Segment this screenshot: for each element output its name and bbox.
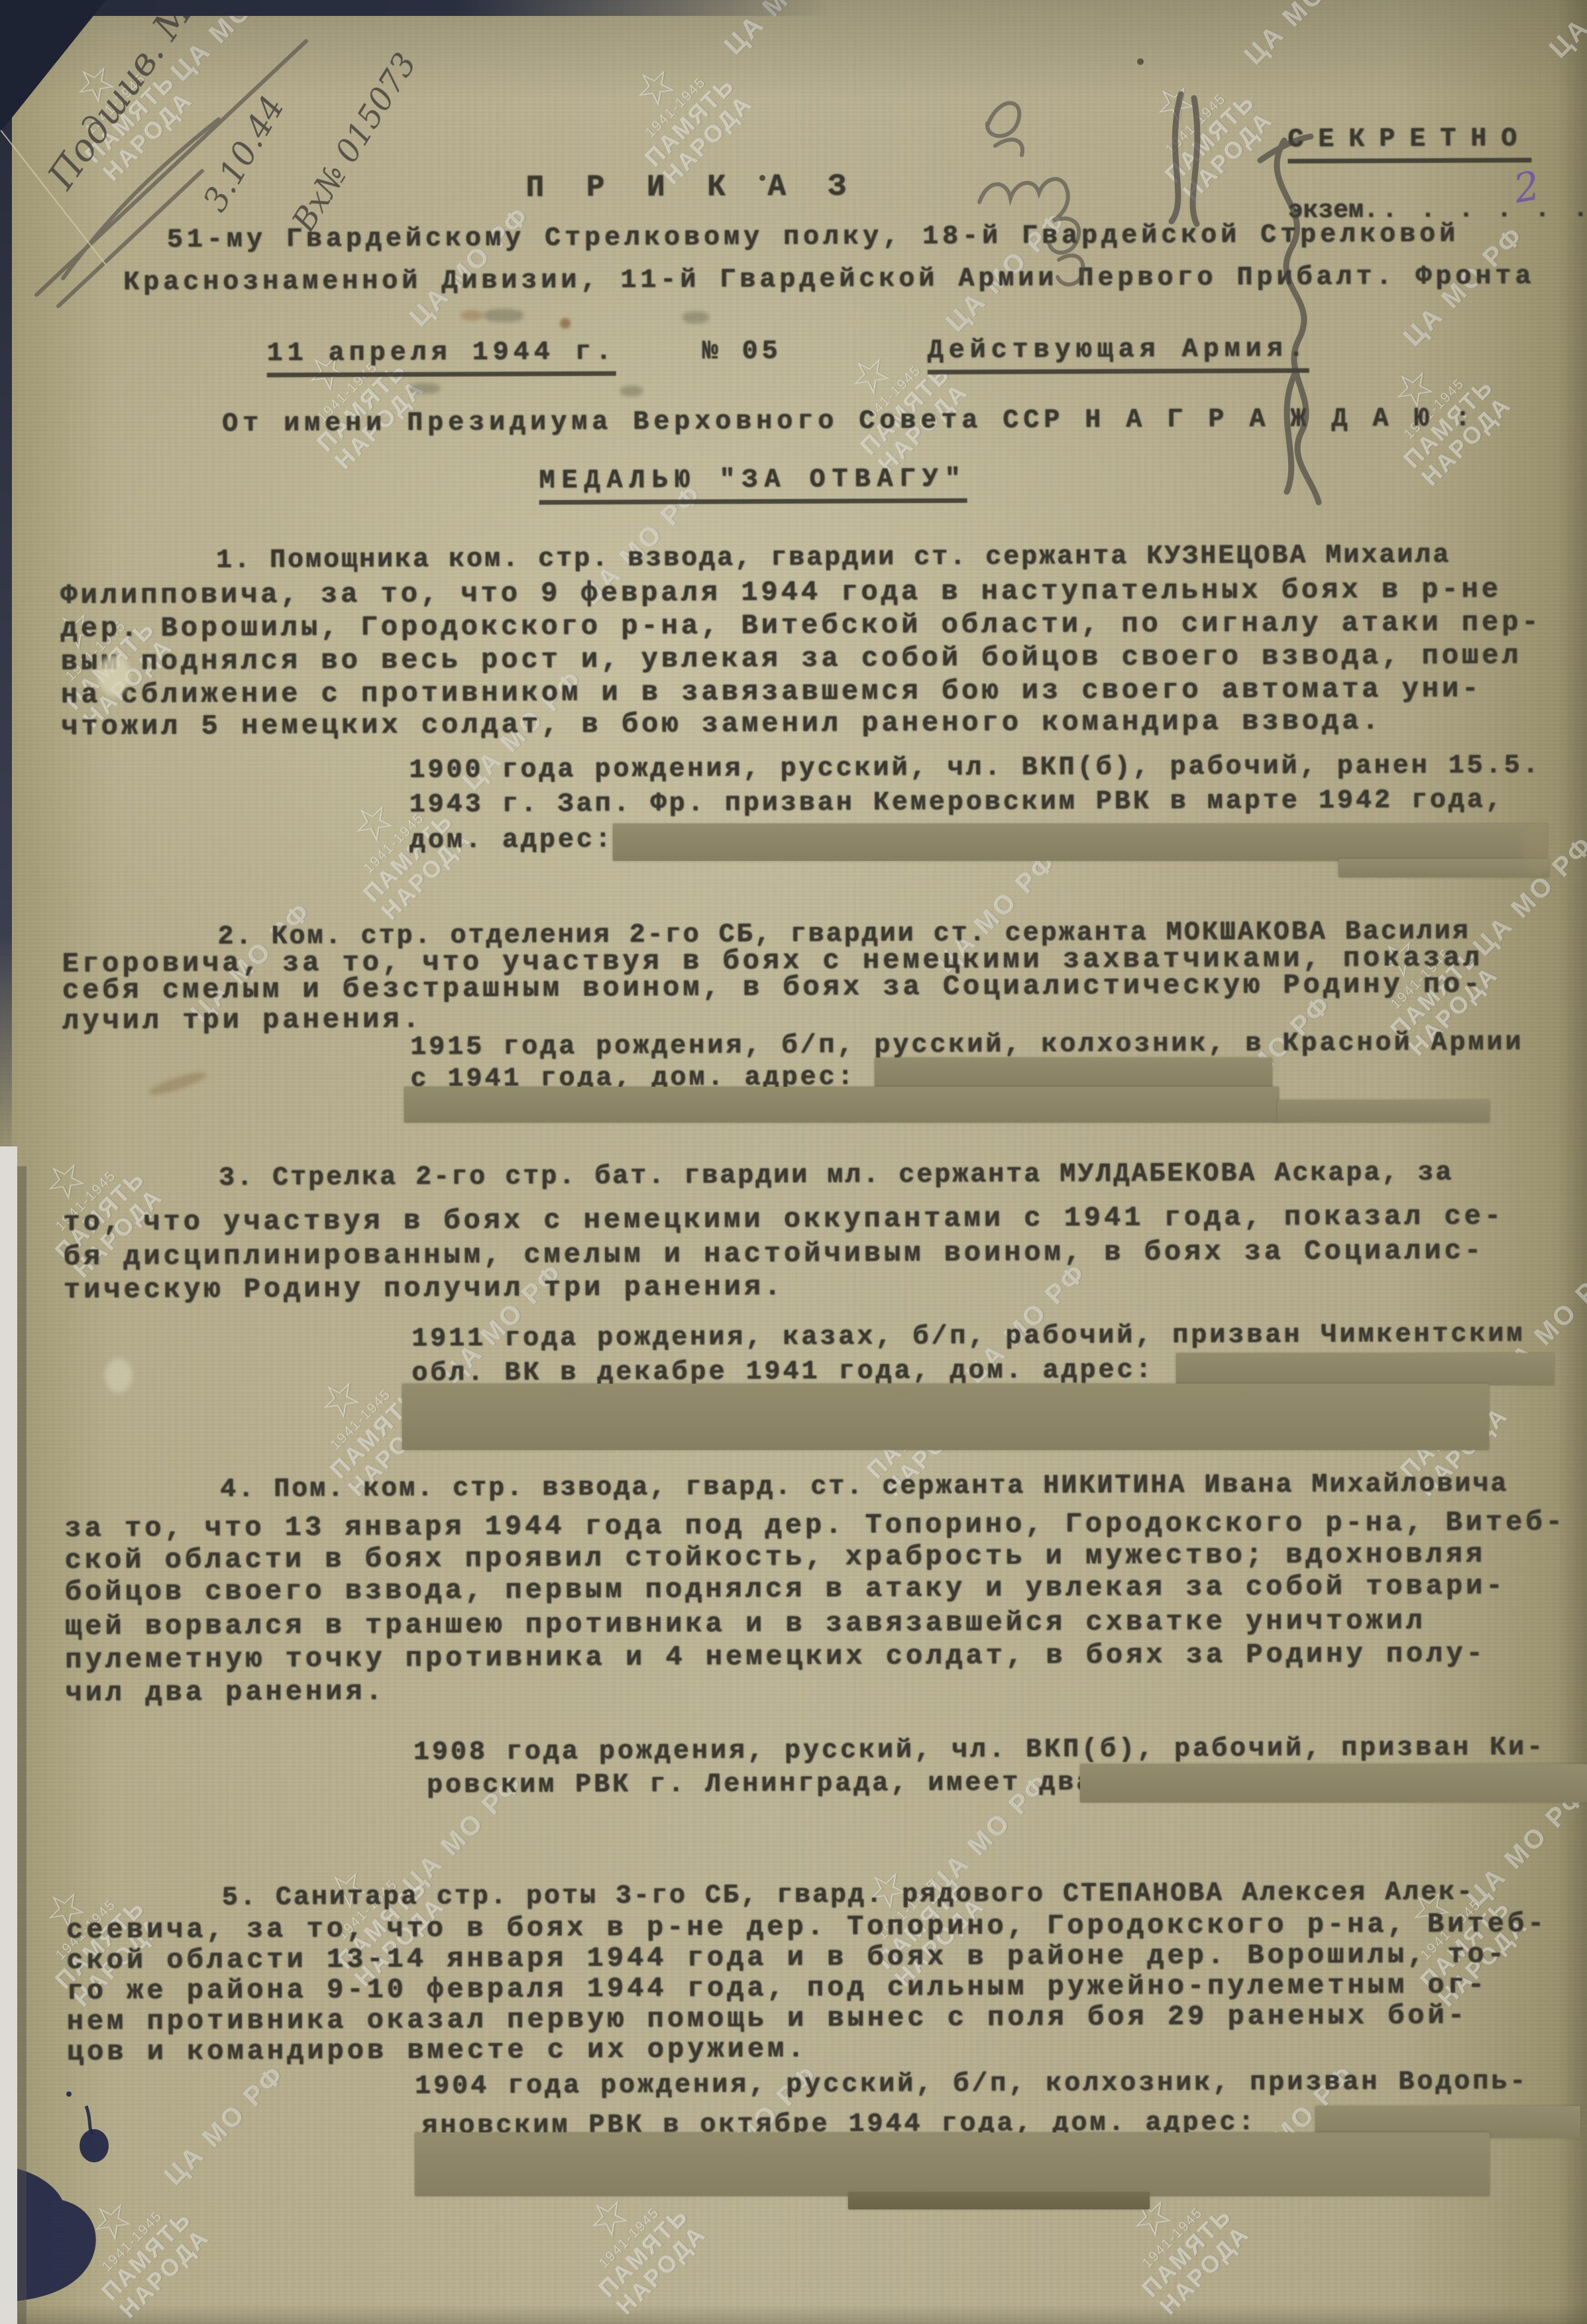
redaction-block-entry2-address [404,1087,1279,1123]
order-date: 11 апреля 1944 г. [267,337,616,377]
typed-smudge [484,309,523,322]
order-entry-5-line-6: цов и командиров вместе с их оружием. [67,2033,808,2068]
typed-smudge [410,383,440,394]
order-entry-5-line-1: 5. Санитара стр. роты 3-го СБ, гвард. ря… [222,1878,1474,1913]
secrecy-label: СЕКРЕТНО [1287,124,1531,164]
order-entry-1-info-2: 1943 г. Зап. Фр. призван Кемеровским РВК… [410,785,1504,820]
award-preamble: От имени Президиума Верховного Совета СС… [222,404,1475,439]
order-entry-5-info-1: 1904 года рождения, русский, б/п, колхоз… [415,2067,1528,2101]
scan-edge-left-lower [17,1166,27,2324]
redaction-block-entry5-address [415,2132,1490,2196]
redaction-block-entry5-address [848,2192,1150,2209]
order-entry-4-line-1: 4. Пом. ком. стр. взвода, гвард. ст. сер… [220,1469,1508,1504]
order-entry-2-line-3: себя смелым и безстрашным воином, в боях… [62,968,1484,1006]
order-entry-5-line-5: нем противника оказал первую помощь и вы… [67,2000,1468,2038]
redaction-block-entry3-address [1176,1353,1554,1385]
order-entry-1-info-1: 1900 года рождения, русский, чл. ВКП(б),… [409,751,1541,785]
order-entry-4-line-6: пулеметную точку противника и 4 немецких… [65,1637,1486,1675]
order-entry-3-line-4: тическую Родину получил три ранения. [64,1271,785,1306]
unit-line-2: Краснознаменной Дивизии, 11-й Гвардейско… [123,262,1535,298]
order-entry-1-line-4: вым поднялся во весь рост и, увлекая за … [61,639,1522,678]
order-entry-4-line-4: бойцов своего взвода, первым поднялся в … [65,1570,1506,1608]
order-entry-3-info-1: 1911 года рождения, казах, б/п, рабочий,… [411,1319,1525,1354]
redaction-block-entry3-address [402,1384,1489,1450]
order-entry-1-info-3: дом. адрес: [410,825,614,856]
typed-smudge [683,311,709,323]
order-entry-3-line-3: бя дисциплинированным, смелым и настойчи… [64,1235,1485,1272]
order-number: № 05 [702,337,782,367]
order-entry-2-line-4: лучил три ранения. [62,1003,423,1036]
scan-backing-strip [0,1146,17,2324]
order-entry-4-line-5: щей ворвался в траншею противника и в за… [65,1605,1426,1643]
order-location: Действующая Армия. [928,335,1309,375]
scan-edge-left [0,0,12,1166]
typed-text-layer: СЕКРЕТНО экзем. . . . . . . . П Р И К А … [0,0,1587,2324]
unit-line-1: 51-му Гвардейскому Стрелковому полку, 18… [167,220,1459,256]
award-medal-line: МЕДАЛЬЮ "ЗА ОТВАГУ" [539,465,967,505]
order-entry-4-info-1: 1908 года рождения, русский, чл. ВКП(б),… [413,1733,1545,1767]
order-entry-4-line-7: чил два ранения. [65,1676,385,1709]
order-entry-1-line-6: чтожил 5 немецких солдат, в бою заменил … [61,705,1382,743]
document-title: П Р И К А З [525,170,858,205]
redaction-block-entry1-address [613,824,1547,861]
order-entry-1-line-2: Филипповича, за то, что 9 февраля 1944 г… [60,573,1502,611]
typed-smudge [620,386,643,396]
scanned-order-document: ЦА МО РФЦА МО РФЦА МО РФЦА МО РФЦА МО РФ… [0,0,1587,2324]
folded-corner [0,0,106,133]
order-entry-1-line-3: дер. Ворошилы, Городокского р-на, Витебс… [60,606,1541,645]
redaction-block-entry1-address [1339,859,1549,877]
redaction-block-entry2-address [875,1058,1272,1088]
order-entry-3-line-2: то, что участвуя в боях с немецкими окку… [63,1200,1504,1238]
scan-edge-top [0,0,828,16]
order-entry-1-line-1: 1. Помощника ком. стр. взвода, гвардии с… [216,541,1450,576]
order-entry-3-line-1: 3. Стрелка 2-го стр. бат. гвардии мл. се… [219,1158,1453,1193]
redaction-block-entry2-address [1278,1100,1490,1123]
redaction-block-entry4-address [1080,1764,1587,1802]
